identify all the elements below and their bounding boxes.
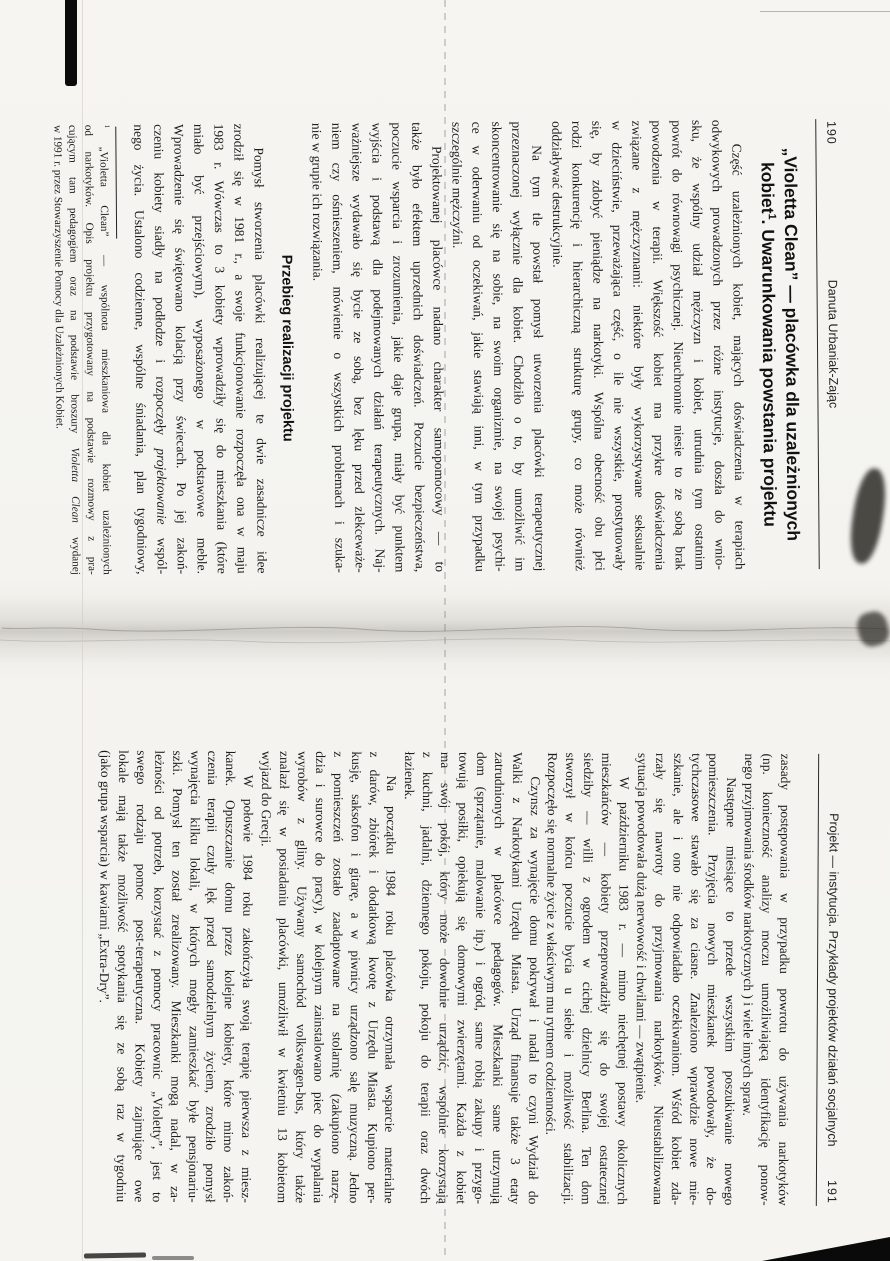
text-line: niem czy ośmieszeniem, mówienie o wszyst…	[326, 123, 350, 573]
text-line: przeznaczonej wyłącznie dla kobiet. Chod…	[506, 121, 530, 571]
text-line: zatrudnionych w placówce pedagogów. Mies…	[488, 752, 508, 1204]
text-line: nego życia. Ustalono codzienne, wspólne …	[128, 124, 152, 574]
title-line-1: „Violetta Clean” — placówka dla uzależni…	[778, 119, 805, 569]
text-line: dom (sprzątanie, malowanie itp.) i ogród…	[470, 752, 490, 1204]
text-line: Na tym tle powstał pomysł utworzenia pla…	[526, 121, 550, 571]
article-title: „Violetta Clean” — placówka dla uzależni…	[755, 119, 805, 569]
running-head-chapter: Projekt — instytucja. Przykłady projektó…	[825, 813, 841, 1147]
text-line: z darów, zbiórek i dodatkową kwotę z Urz…	[362, 751, 382, 1203]
text-line: W październiku 1983 r. — mimo niechętnej…	[613, 753, 633, 1205]
text-line: Czynsz za wynajęcie domu pokrywał i nada…	[523, 752, 543, 1204]
text-line: lokale mają także możliwość spotykania s…	[112, 750, 132, 1202]
text-line: siedziby — willi z ogrodem w cichej dzie…	[577, 753, 597, 1205]
scan-bottom-mark-2	[152, 1256, 194, 1260]
text-line: nie w grupie ich rozwiązania.	[306, 123, 330, 573]
title-line-2: kobiet1. Uwarunkowania powstania projekt…	[755, 119, 782, 569]
text-line: się, by zdobyć pieniądze na narkotyki. W…	[586, 121, 610, 571]
text-line: zrodził się w 1981 r., a swoje funkcjono…	[228, 124, 252, 574]
text-line: (np. konieczność analizy moczu umożliwia…	[756, 754, 776, 1206]
text-line: poczucie wsparcia i zrozumienia, jakie d…	[386, 122, 410, 572]
text-line: czeniu kobiety siadły na podłodze i rozp…	[148, 124, 172, 574]
text-line: z pomieszczeń zostało zaadaptowane na st…	[327, 751, 347, 1203]
text-line: rzały się nawroty do przyjmowania narkot…	[649, 753, 669, 1205]
body-text-block-b: Pomysł stworzenia placówki realizującej …	[128, 123, 272, 574]
scanned-book-spread: 190 Danuta Urbaniak-Zając „Violetta Clea…	[0, 0, 890, 1261]
text-line: Walki z Narkotykami Urzędu Miasta. Urząd…	[506, 752, 526, 1204]
footnote: 1 „Violetta Clean” — wspólnota mieszkani…	[49, 125, 120, 576]
text-line: wynajęcia kilku lokali, w których mogły …	[184, 751, 204, 1203]
page-number-190: 190	[824, 121, 838, 145]
text-line: odwykowych prowadzonych przez różne inst…	[706, 120, 730, 570]
page-191-content: Projekt — instytucja. Przykłady projektó…	[94, 750, 841, 1206]
text-line: powodzenia w terapii. Większość kobiet m…	[646, 120, 670, 570]
text-line: szczególnie mężczyźni.	[446, 122, 470, 572]
body-text-block-a: Część uzależnionych kobiet, mających doś…	[306, 120, 750, 573]
text-line: czenia terapii czuły lęk przed samodziel…	[201, 751, 221, 1203]
text-line: pomieszczenia. Przyjęcia nowych mieszkan…	[702, 753, 722, 1205]
text-line: miało być przejściowym), wyposażonego w …	[188, 124, 212, 574]
running-head-191: Projekt — instytucja. Przykłady projektó…	[816, 754, 841, 1206]
text-line: łazienek.	[398, 752, 418, 1204]
text-line: z kuchni, jadalni, dziennego pokoju, pok…	[416, 752, 436, 1204]
text-line: (jako grupa wsparcia) w kawiarni „Extra-…	[94, 750, 114, 1202]
text-line: szkanie, ale i ono nie odpowiadało oczek…	[667, 753, 687, 1205]
text-line: szki. Pomysł ten został zrealizowany. Mi…	[166, 750, 186, 1202]
footnote-rule	[115, 127, 117, 239]
text-line: 1983 r. Wówczas to 3 kobiety wprowadziły…	[208, 124, 232, 574]
text-line: także było efektem uprzednich doświadcze…	[406, 122, 430, 572]
text-line: nego przyjmowania środków narkotycznych …	[738, 753, 758, 1205]
text-line: ważniejsze wydawało się bycie ze sobą, b…	[346, 123, 370, 573]
text-line: Część uzależnionych kobiet, mających doś…	[726, 120, 750, 570]
text-line: wyrobów z gliny. Używany samochód volksw…	[291, 751, 311, 1203]
text-line: sytuacja powodowała dużą nerwowość i chw…	[631, 753, 651, 1205]
crease-line	[444, 0, 446, 1261]
text-line: znalazł się w posiadaniu placówki, umożl…	[273, 751, 293, 1203]
text-line: towują posiłki, opiekują się domowymi zw…	[452, 752, 472, 1204]
section-heading: Przebieg realizacji projektu	[277, 123, 297, 573]
text-line: tychczasowe stawało się za ciasne. Znale…	[684, 753, 704, 1205]
text-line: wyjścia i podstawą dla podejmowanych dzi…	[366, 122, 390, 572]
text-line: mieszkańców — kobiety przeprowadziły się…	[595, 753, 615, 1205]
text-line: rodzi konkurencję i hierarchiczną strukt…	[566, 121, 590, 571]
running-head-190: 190 Danuta Urbaniak-Zając	[815, 119, 842, 569]
text-line: leżności od potrzeb, korzystać z pomocy …	[148, 750, 168, 1202]
text-line: Projektowanej placówce nadano charakter …	[426, 122, 450, 572]
rotated-spread: 190 Danuta Urbaniak-Zając „Violetta Clea…	[0, 0, 890, 1261]
running-head-author: Danuta Urbaniak-Zając	[825, 280, 840, 409]
text-line: Rozpoczęło się normalne życie z właściwy…	[541, 752, 561, 1204]
scan-edge-line-left	[82, 0, 83, 1261]
text-line: stworzył w końcu poczucie bycia u siebie…	[559, 752, 579, 1204]
scan-edge-line-top	[760, 11, 890, 12]
text-line: w dzieciństwie, przeważająca część, o il…	[606, 121, 630, 571]
text-line: oddziaływać destrukcyjnie.	[546, 121, 570, 571]
text-line: kusję, saksofon i gitarę, a w piwnicy ur…	[345, 751, 365, 1203]
text-line: powrót do równowagi psychicznej. Nieuchr…	[666, 120, 690, 570]
text-line: swego rodzaju pomoc post-terapeutyczna. …	[130, 750, 150, 1202]
text-line: skoncentrowanie się na sobie, na swoim o…	[486, 122, 510, 572]
text-line: kanek. Opuszczanie domu przez kolejne ko…	[219, 751, 239, 1203]
text-line: Wprowadzenie się świętowano kolacją przy…	[168, 124, 192, 574]
text-line: Pomysł stworzenia placówki realizującej …	[248, 123, 272, 573]
text-line: dzia i surowce do pracy), w kolejnym zai…	[309, 751, 329, 1203]
text-line: Na początku 1984 roku placówka otrzymała…	[380, 752, 400, 1204]
text-line: W połowie 1984 roku zakończyła swoją ter…	[237, 751, 257, 1203]
text-line: zasady postępowania w przypadku powrotu …	[774, 754, 794, 1206]
text-line: wyjazd do Grecji.	[255, 751, 275, 1203]
text-line: związane z mężczyznami: niektóre były wy…	[626, 120, 650, 570]
text-line: ce w oderwaniu od oczekiwań, jakie stawi…	[466, 122, 490, 572]
page-number-191: 191	[825, 1180, 839, 1204]
scan-black-bar	[65, 0, 77, 86]
text-line: sku, że wspólny udział mężczyzn i kobiet…	[686, 120, 710, 570]
text-line: Następne miesiące to przede wszystkim po…	[720, 753, 740, 1205]
